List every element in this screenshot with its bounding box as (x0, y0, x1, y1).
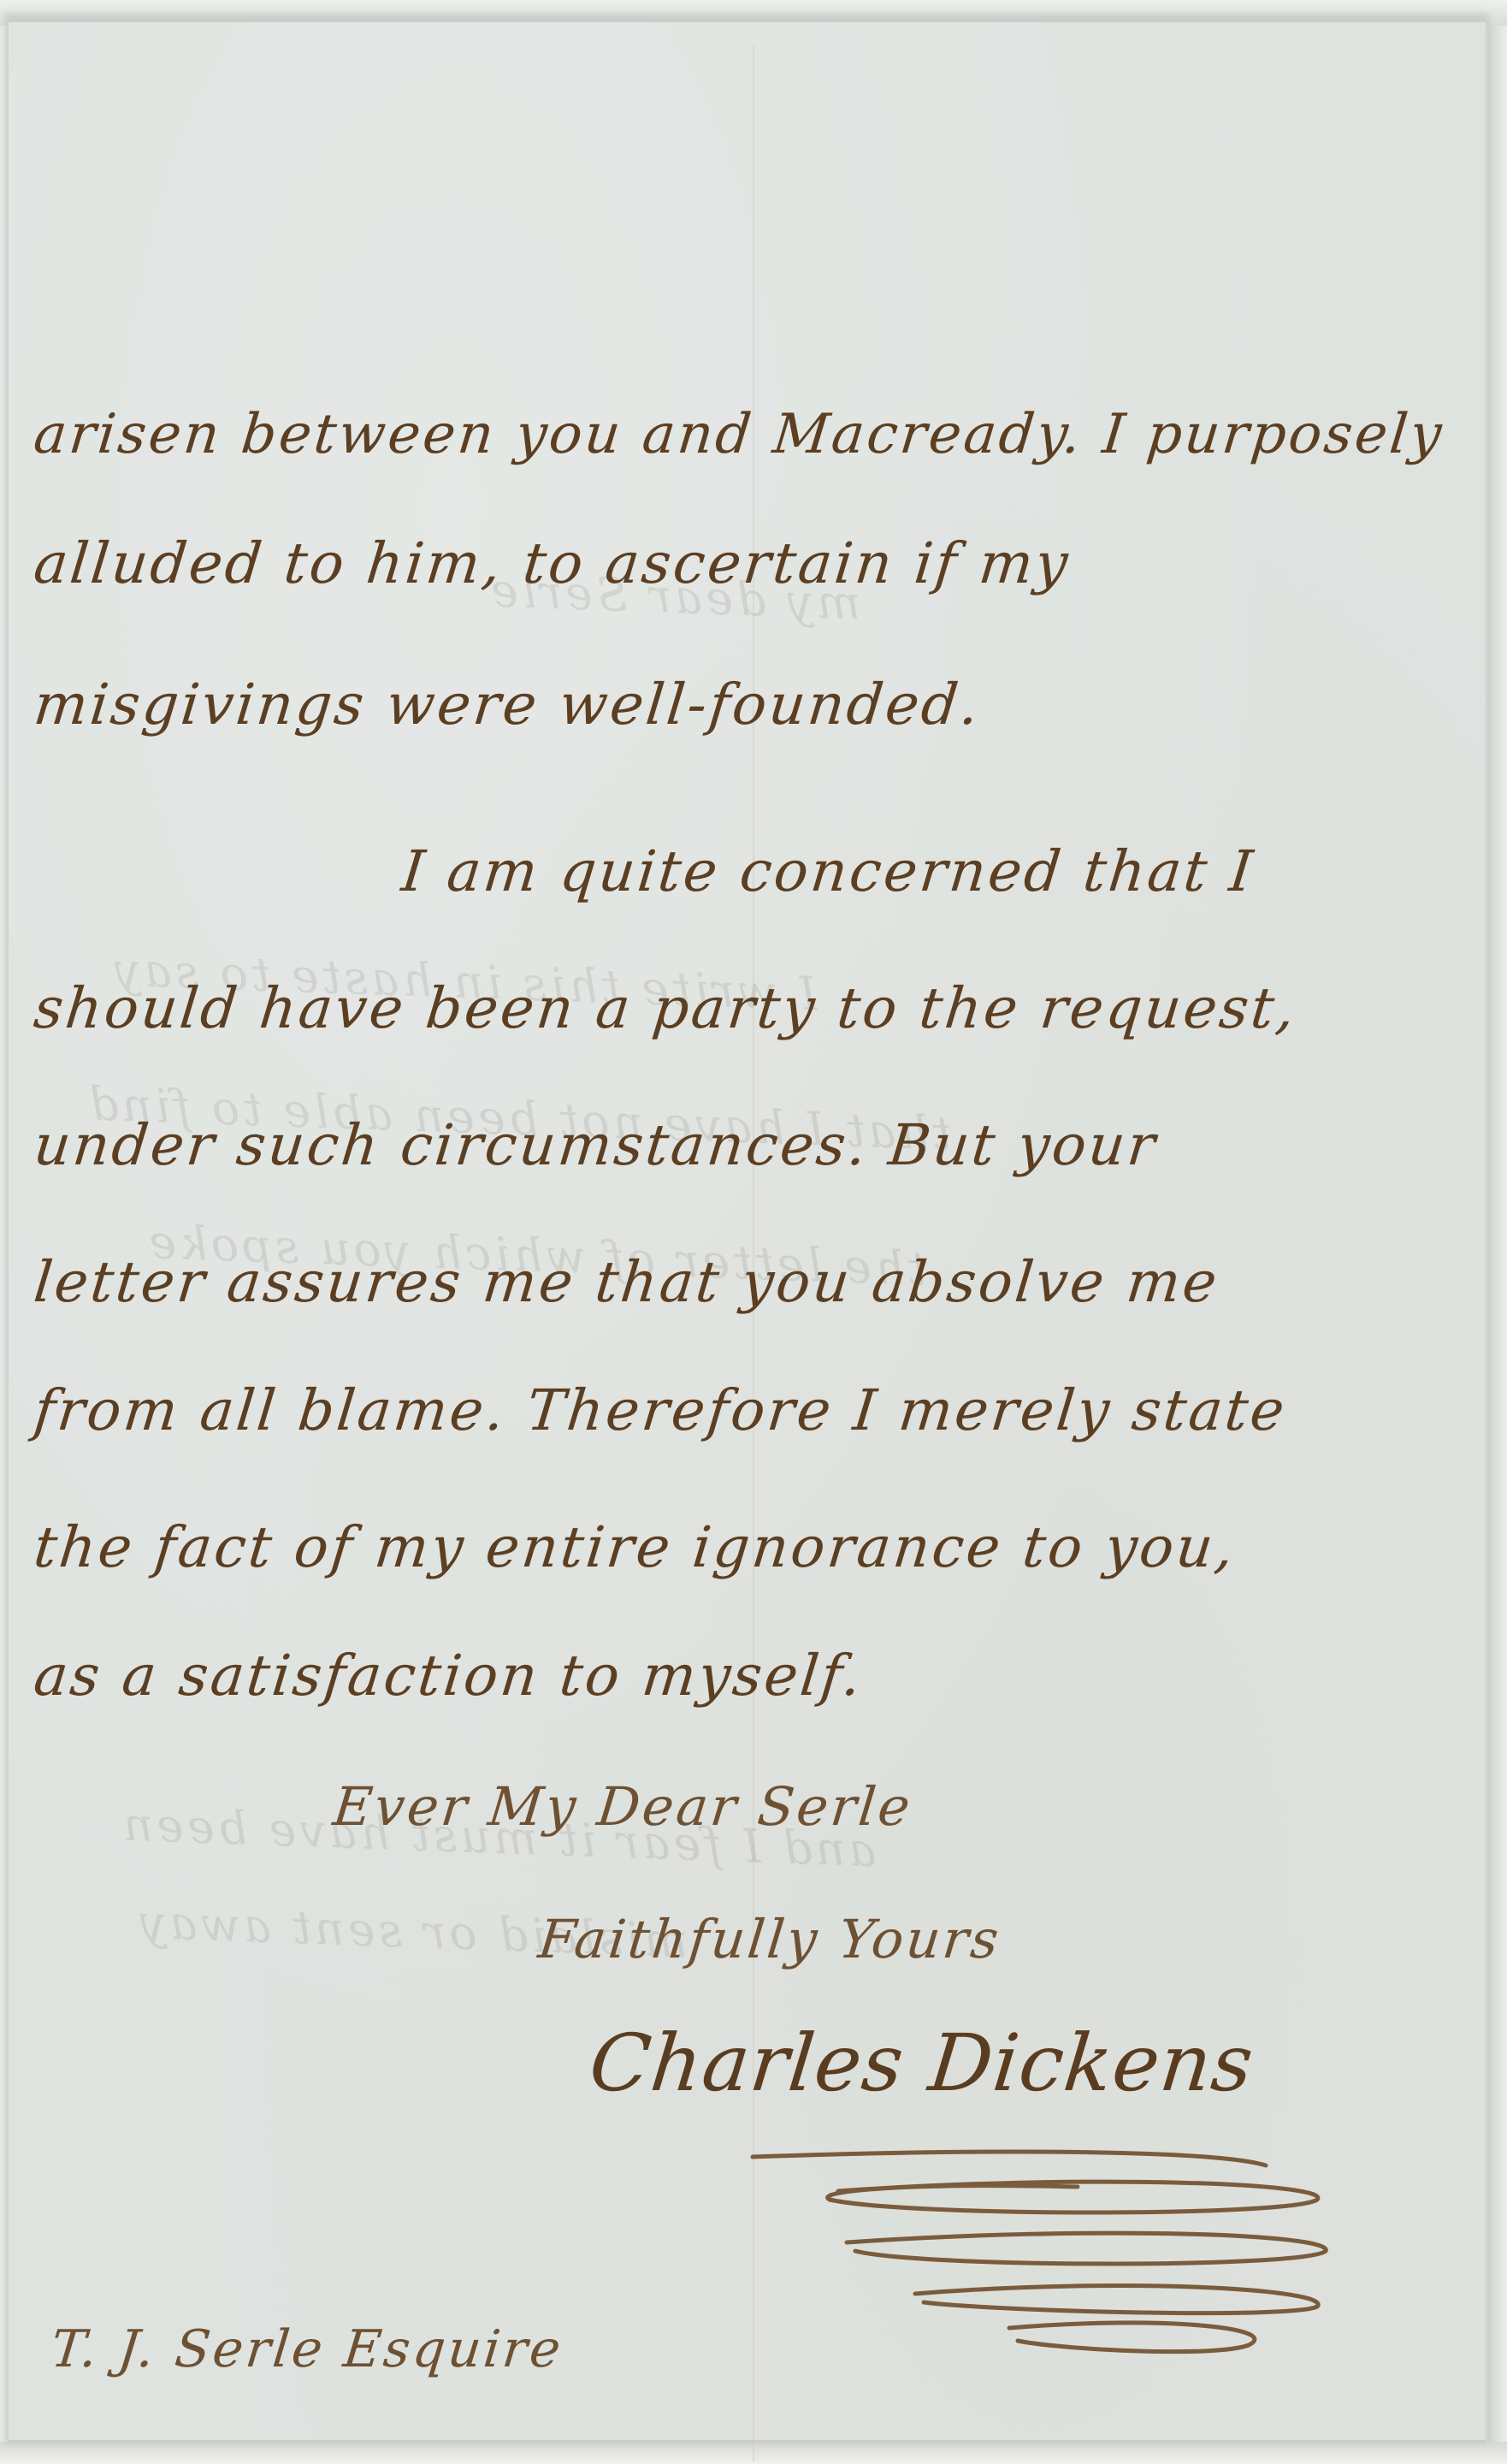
closing-salutation: Ever My Dear Serle (331, 1780, 915, 1833)
body-line-4: I am quite concerned that I (399, 844, 1258, 900)
body-line-8: from all blame. Therefore I merely state (32, 1383, 1290, 1439)
body-line-3: misgivings were well-founded. (32, 677, 984, 733)
body-line-1: arisen between you and Macready. I purpo… (32, 407, 1447, 462)
body-line-5: should have been a party to the request, (32, 980, 1300, 1037)
signature: Charles Dickens (586, 2024, 1257, 2103)
body-line-9: the fact of my entire ignorance to you, (32, 1519, 1239, 1576)
body-line-6: under such circumstances. But your (32, 1117, 1161, 1174)
body-line-7: letter assures me that you absolve me (32, 1254, 1222, 1311)
letter-page: my dear Serle I write this in haste to s… (9, 22, 1487, 2442)
body-line-2: alluded to him, to ascertain if my (32, 536, 1073, 592)
closing-faithfully: Faithfully Yours (536, 1913, 1004, 1966)
mount-right-edge (1488, 26, 1507, 2464)
signature-flourish-icon (736, 2140, 1471, 2362)
body-line-10: as a satisfaction to myself. (32, 1648, 866, 1704)
addressee: T. J. Serle Esquire (49, 2324, 565, 2375)
